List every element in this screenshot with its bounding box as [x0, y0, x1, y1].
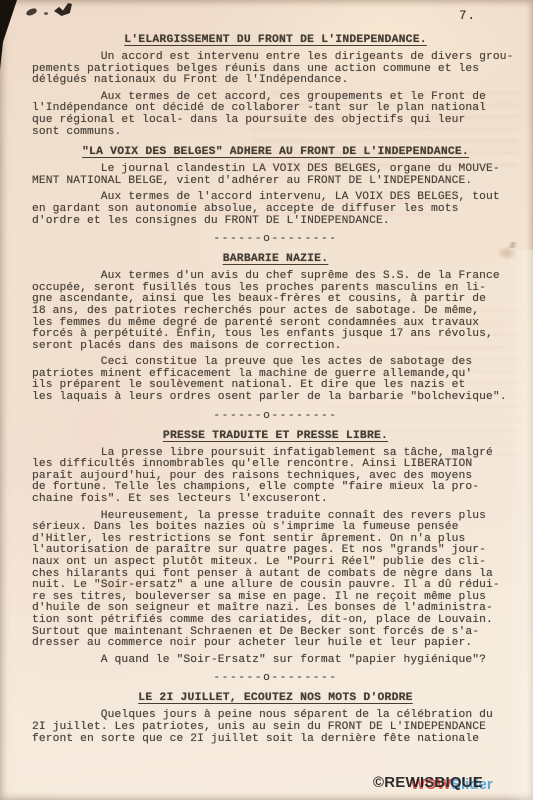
page-number: 7.	[459, 9, 476, 23]
section-21-juillet: LE 2I JUILLET, ECOUTEZ NOS MOTS D'ORDRE …	[32, 692, 519, 745]
watermark: WOWSlider ©REWISBIQUE	[373, 772, 523, 794]
section-barbarie-nazie: BARBARIE NAZIE. Aux termes d'un avis du …	[32, 253, 519, 422]
section-heading: LE 2I JUILLET, ECOUTEZ NOS MOTS D'ORDRE	[32, 692, 519, 705]
section-separator: ------o--------	[32, 672, 519, 684]
ink-mark	[44, 12, 48, 15]
section-heading: L'ELARGISSEMENT DU FRONT DE L'INDEPENDAN…	[32, 34, 519, 47]
paragraph: Heureusement, la presse traduite connaît…	[32, 511, 519, 650]
paragraph: Aux termes de l'accord intervenu, LA VOI…	[32, 192, 519, 227]
section-separator: ------o--------	[32, 410, 519, 422]
paragraph: Le journal clandestin LA VOIX DES BELGES…	[32, 164, 519, 187]
section-presse-traduite-libre: PRESSE TRADUITE ET PRESSE LIBRE. La pres…	[32, 430, 519, 685]
torn-corner-artifact	[0, 0, 18, 70]
section-heading: "LA VOIX DES BELGES" ADHERE AU FRONT DE …	[32, 146, 519, 159]
paragraph: A quand le "Soir-Ersatz" sur format "pap…	[32, 655, 519, 667]
paragraph: Aux termes de cet accord, ces groupement…	[32, 92, 519, 138]
ink-mark	[25, 7, 37, 16]
ink-mark	[54, 3, 72, 16]
paragraph: Un accord est intervenu entre les dirige…	[32, 52, 519, 87]
paragraph: Aux termes d'un avis du chef suprême des…	[32, 271, 519, 352]
paragraph: La presse libre poursuit infatigablement…	[32, 448, 519, 506]
paragraph: Quelques jours à peine nous séparent de …	[32, 710, 519, 745]
scanned-document-page: 7. L'ELARGISSEMENT DU FRONT DE L'INDEPEN…	[0, 0, 533, 800]
section-heading: PRESSE TRADUITE ET PRESSE LIBRE.	[32, 430, 519, 443]
section-separator: ------o--------	[32, 233, 519, 245]
section-voix-des-belges: "LA VOIX DES BELGES" ADHERE AU FRONT DE …	[32, 146, 519, 245]
section-heading: BARBARIE NAZIE.	[32, 253, 519, 266]
paragraph: Ceci constitue la preuve que les actes d…	[32, 357, 519, 403]
section-elargissement-front: L'ELARGISSEMENT DU FRONT DE L'INDEPENDAN…	[32, 34, 519, 138]
document-content: L'ELARGISSEMENT DU FRONT DE L'INDEPENDAN…	[32, 34, 519, 750]
copyright-watermark: ©REWISBIQUE	[373, 774, 483, 791]
